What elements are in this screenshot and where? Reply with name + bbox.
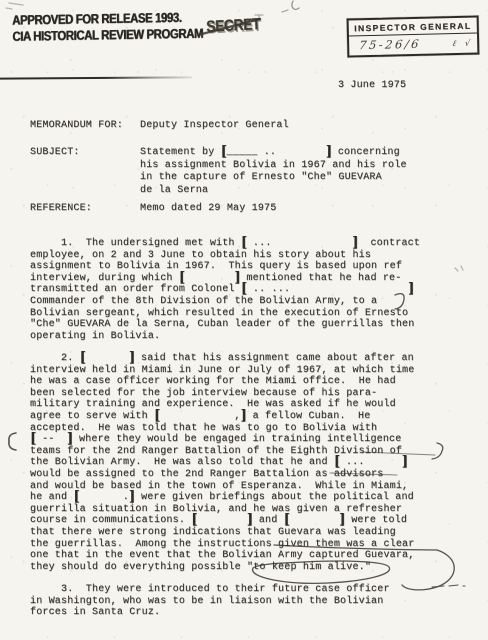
redaction-open-bracket: [ bbox=[30, 431, 36, 447]
redaction-close-bracket: ] bbox=[402, 454, 408, 470]
redaction-close-bracket: ] bbox=[339, 512, 345, 528]
redaction-open-bracket: [ bbox=[73, 489, 79, 505]
secret-stamp: SECRET bbox=[206, 14, 261, 35]
margin-open-bracket bbox=[9, 433, 16, 450]
redaction-close-bracket: ] bbox=[247, 512, 253, 528]
redaction-open-bracket: [ bbox=[221, 144, 227, 160]
corner-artifact-marks bbox=[6, 3, 23, 9]
paragraph-3: 3. They were introduced to their future … bbox=[30, 584, 390, 619]
redaction-open-bracket: [ bbox=[154, 407, 160, 423]
redaction-close-bracket: ] bbox=[326, 144, 332, 160]
scanned-memo-page: APPROVED FOR RELEASE 1993.CIA HISTORICAL… bbox=[0, 0, 488, 640]
redaction-open-bracket: [ bbox=[334, 454, 340, 470]
top-curl-mark bbox=[292, 1, 299, 9]
subject-label: SUBJECT: bbox=[30, 147, 80, 160]
he-and-redaction-close-bracket bbox=[432, 443, 443, 459]
redaction-close-bracket: ] bbox=[241, 407, 247, 423]
redaction-open-bracket: [ bbox=[241, 235, 247, 251]
inspector-general-stamp-box: INSPECTOR GENERAL ℓ √75-26/6 bbox=[347, 16, 480, 58]
left-horizontal-rule bbox=[0, 76, 192, 79]
redaction-open-bracket: [ bbox=[241, 281, 247, 297]
redaction-open-bracket: [ bbox=[179, 269, 185, 285]
redaction-open-bracket: [ bbox=[284, 512, 290, 528]
release-stamp: APPROVED FOR RELEASE 1993.CIA HISTORICAL… bbox=[12, 10, 203, 46]
redaction-close-bracket: ] bbox=[408, 281, 414, 297]
redaction-close-bracket: ] bbox=[234, 269, 240, 285]
redaction-close-bracket: ] bbox=[129, 350, 135, 366]
margin-tick-marks bbox=[455, 266, 463, 271]
date-line: 3 June 1975 bbox=[338, 80, 406, 92]
release-stamp-line2: CIA HISTORICAL REVIEW PROGRAM bbox=[12, 27, 203, 44]
redaction-open-bracket: [ bbox=[191, 512, 197, 528]
redaction-close-bracket: ] bbox=[352, 235, 358, 251]
memo-for-label: MEMORANDUM FOR: bbox=[30, 120, 123, 133]
reference-value: Memo dated 29 May 1975 bbox=[140, 203, 276, 216]
inspector-general-marks: ℓ √ bbox=[452, 36, 474, 50]
paragraph-1: 1. The undersigned met with [ ... ] cont… bbox=[30, 238, 420, 342]
subject-value: Statement by [_____ .. ] concerning his … bbox=[140, 147, 407, 198]
memo-for-value: Deputy Inspector General bbox=[140, 120, 289, 133]
paragraph-2: 2. [ ] said that his assignment came abo… bbox=[30, 353, 414, 573]
inspector-general-number-text: 75-26/6 bbox=[358, 37, 421, 52]
reference-label: REFERENCE: bbox=[30, 203, 92, 216]
redaction-open-bracket: [ bbox=[80, 350, 86, 366]
inspector-general-number: ℓ √75-26/6 bbox=[348, 34, 478, 56]
release-stamp-line1: APPROVED FOR RELEASE 1993. bbox=[12, 11, 182, 28]
trailing-dash-marks bbox=[432, 585, 465, 587]
redaction-close-bracket: ] bbox=[129, 489, 135, 505]
redaction-close-bracket: ] bbox=[67, 431, 73, 447]
